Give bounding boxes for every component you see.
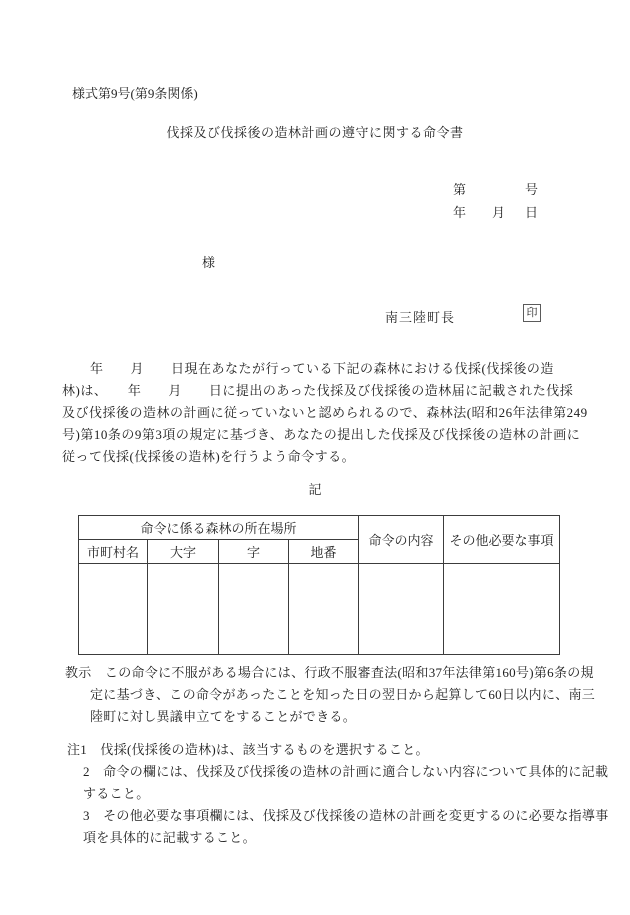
order-details-table: 命令に係る森林の所在場所 命令の内容 その他必要な事項 市町村名 大字 字 地番 [78, 515, 560, 655]
appeal-instruction-paragraph: 教示 この命令に不服がある場合には、行政不服審査法(昭和37年法律第160号)第… [65, 662, 595, 728]
form-number-label: 様式第9号(第9条関係) [72, 83, 198, 105]
table-empty-cell [219, 564, 289, 655]
table-header-order-content: 命令の内容 [359, 516, 444, 564]
order-paragraph-line: 及び伐採後の造林の計画に従っていないと認められるので、森林法(昭和26年法律第2… [62, 402, 570, 424]
order-paragraph-line: 従って伐採(伐採後の造林)を行うよう命令する。 [62, 446, 570, 468]
table-empty-cell [289, 564, 359, 655]
order-paragraph: 年 月 日現在あなたが行っている下記の森林における伐採(伐採後の造 林)は、 年… [62, 358, 570, 468]
seal-mark-box: 印 [523, 304, 541, 322]
note-line-2: 2 命令の欄には、伐採及び伐採後の造林の計画に適合しない内容について具体的に記載 [83, 761, 609, 783]
document-page: 様式第9号(第9条関係) 伐採及び伐採後の造林計画の遵守に関する命令書 第 号 … [0, 0, 630, 915]
table-header-other-items: その他必要な事項 [444, 516, 560, 564]
appeal-instruction-line: 教示 この命令に不服がある場合には、行政不服審査法(昭和37年法律第160号)第… [65, 662, 595, 684]
table-header-aza: 字 [219, 540, 289, 564]
note-line-2-cont: すること。 [83, 783, 609, 805]
table-header-lot-number: 地番 [289, 540, 359, 564]
date-year-label: 年 [453, 202, 466, 224]
addressee-honorific: 様 [202, 252, 215, 274]
table-empty-cell [148, 564, 219, 655]
note-line-3-cont: 項を具体的に記載すること。 [83, 827, 609, 849]
notes-section: 注1 伐採(伐採後の造林)は、該当するものを選択すること。 2 命令の欄には、伐… [67, 739, 609, 849]
table-header-municipality: 市町村名 [79, 540, 148, 564]
table-empty-cell [444, 564, 560, 655]
issuer-title: 南三陸町長 [385, 307, 455, 329]
doc-number-suffix: 号 [525, 179, 538, 201]
note-line-1: 注1 伐採(伐採後の造林)は、該当するものを選択すること。 [67, 739, 609, 761]
order-paragraph-line: 号)第10条の9第3項の規定に基づき、あなたの提出した伐採及び伐採後の造林の計画… [62, 424, 570, 446]
ki-heading: 記 [0, 479, 630, 501]
table-empty-cell [359, 564, 444, 655]
appeal-instruction-line: 定に基づき、この命令があったことを知った日の翌日から起算して60日以内に、南三 [90, 684, 595, 706]
seal-mark-label: 印 [527, 308, 538, 319]
table-header-oaza: 大字 [148, 540, 219, 564]
doc-number-prefix: 第 [453, 179, 466, 201]
date-month-label: 月 [492, 202, 505, 224]
note-line-3: 3 その他必要な事項欄には、伐採及び伐採後の造林の計画を変更するのに必要な指導事 [83, 805, 609, 827]
document-title: 伐採及び伐採後の造林計画の遵守に関する命令書 [0, 122, 630, 144]
appeal-instruction-line: 陸町に対し異議申立てをすることができる。 [90, 706, 595, 728]
table-empty-cell [79, 564, 148, 655]
date-day-label: 日 [525, 202, 538, 224]
table-header-forest-location: 命令に係る森林の所在場所 [79, 516, 359, 540]
order-paragraph-line: 林)は、 年 月 日に提出のあった伐採及び伐採後の造林届に記載された伐採 [62, 380, 570, 402]
order-paragraph-line: 年 月 日現在あなたが行っている下記の森林における伐採(伐採後の造 [62, 358, 570, 380]
